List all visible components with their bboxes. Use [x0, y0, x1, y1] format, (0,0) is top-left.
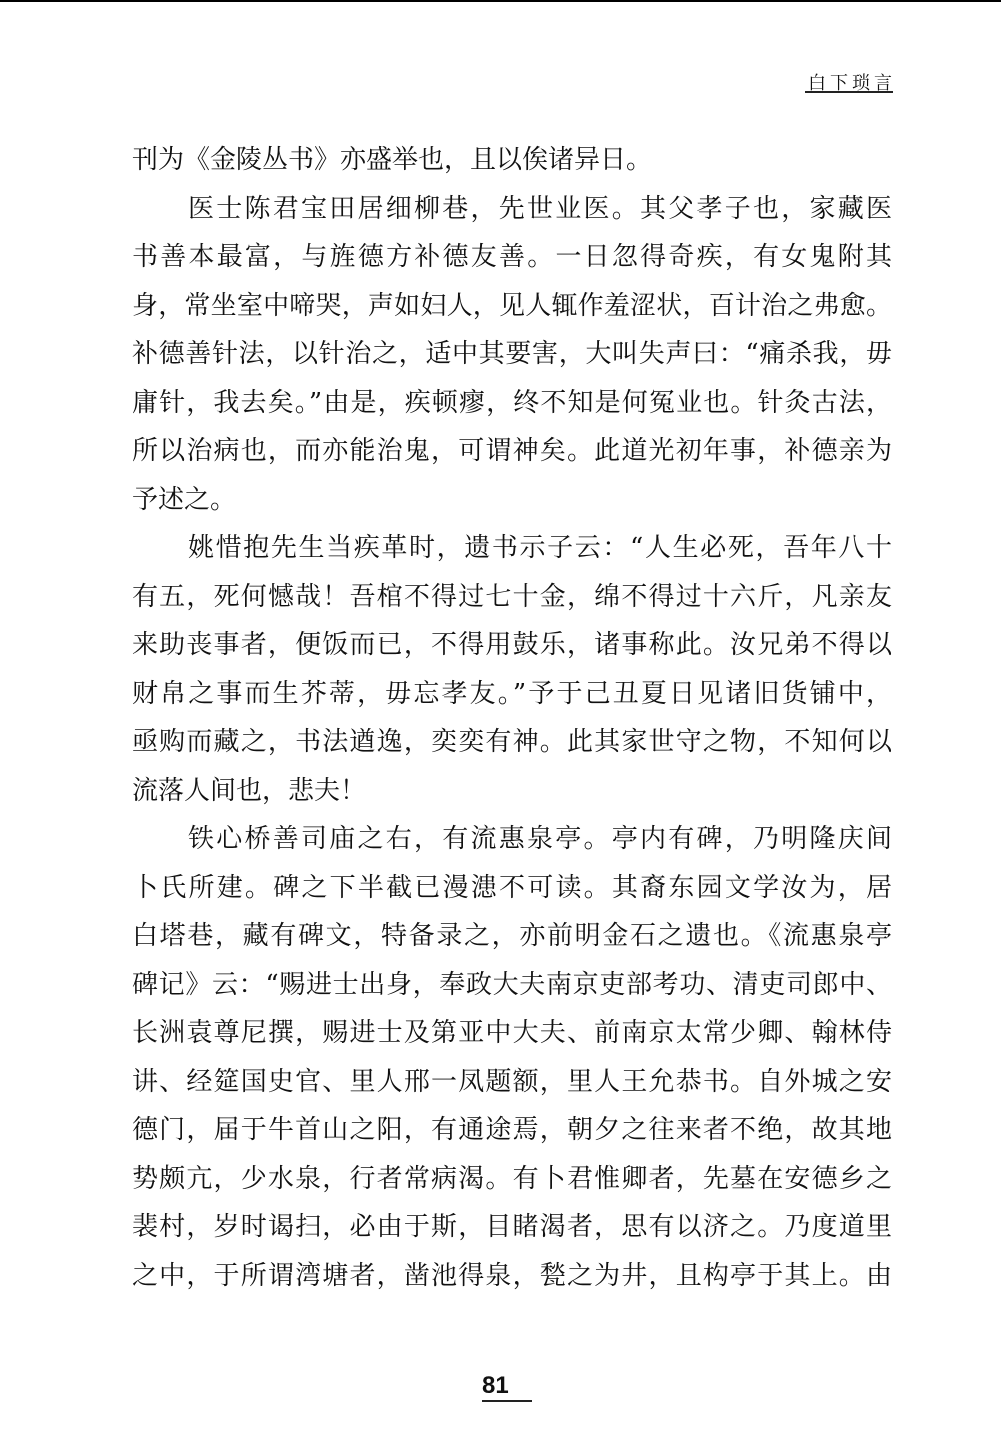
text-line: 财帛之事而生芥蒂，毋忘孝友。”予于己丑夏日见诸旧货铺中，	[132, 670, 892, 719]
text-line: 势颇亢，少水泉，行者常病渴。有卜君惟卿者，先墓在安德乡之	[132, 1155, 892, 1204]
text-line: 德门，届于牛首山之阳，有通途焉，朝夕之往来者不绝，故其地	[132, 1106, 892, 1155]
text-line: 书善本最富，与旌德方补德友善。一日忽得奇疾，有女鬼附其	[132, 233, 892, 282]
text-line: 刊为《金陵丛书》亦盛举也，且以俟诸异日。	[132, 136, 892, 185]
text-line: 碑记》云：“赐进士出身，奉政大夫南京吏部考功、清吏司郎中、	[132, 961, 892, 1010]
text-line: 讲、经筵国史官、里人邢一凤题额，里人王允恭书。自外城之安	[132, 1058, 892, 1107]
text-line: 予述之。	[132, 476, 892, 525]
text-line: 所以治病也，而亦能治鬼，可谓神矣。此道光初年事，补德亲为	[132, 427, 892, 476]
page-number: 81	[482, 1372, 509, 1400]
page-number-underline	[482, 1400, 532, 1402]
text-line: 有五，死何憾哉！吾棺不得过七十金，绵不得过十六斤，凡亲友	[132, 573, 892, 622]
text-line: 来助丧事者，便饭而已，不得用鼓乐，诸事称此。汝兄弟不得以	[132, 621, 892, 670]
top-border-rule	[0, 0, 1001, 2]
text-line: 亟购而藏之，书法遒逸，奕奕有神。此其家世守之物，不知何以	[132, 718, 892, 767]
running-head-underline	[805, 91, 893, 93]
text-line: 裴村，岁时谒扫，必由于斯，目睹渴者，思有以济之。乃度道里	[132, 1203, 892, 1252]
text-line: 补德善针法，以针治之，适中其要害，大叫失声曰：“痛杀我，毋	[132, 330, 892, 379]
text-line: 长洲袁尊尼撰，赐进士及第亚中大夫、前南京太常少卿、翰林侍	[132, 1009, 892, 1058]
body-text: 刊为《金陵丛书》亦盛举也，且以俟诸异日。 医士陈君宝田居细柳巷，先世业医。其父孝…	[132, 136, 892, 1300]
text-line: 铁心桥善司庙之右，有流惠泉亭。亭内有碑，乃明隆庆间	[132, 815, 892, 864]
text-line: 流落人间也，悲夫！	[132, 767, 892, 816]
text-line: 医士陈君宝田居细柳巷，先世业医。其父孝子也，家藏医	[132, 185, 892, 234]
text-line: 之中，于所谓湾塘者，凿池得泉，甃之为井，且构亭于其上。由	[132, 1252, 892, 1301]
text-line: 姚惜抱先生当疾革时，遗书示子云：“人生必死，吾年八十	[132, 524, 892, 573]
text-line: 庸针，我去矣。”由是，疾顿瘳，终不知是何冤业也。针灸古法，	[132, 379, 892, 428]
text-line: 卜氏所建。碑之下半截已漫漶不可读。其裔东园文学汝为，居	[132, 864, 892, 913]
text-line: 白塔巷，藏有碑文，特备录之，亦前明金石之遗也。《流惠泉亭	[132, 912, 892, 961]
text-line: 身，常坐室中啼哭，声如妇人，见人辄作羞涩状，百计治之弗愈。	[132, 282, 892, 331]
